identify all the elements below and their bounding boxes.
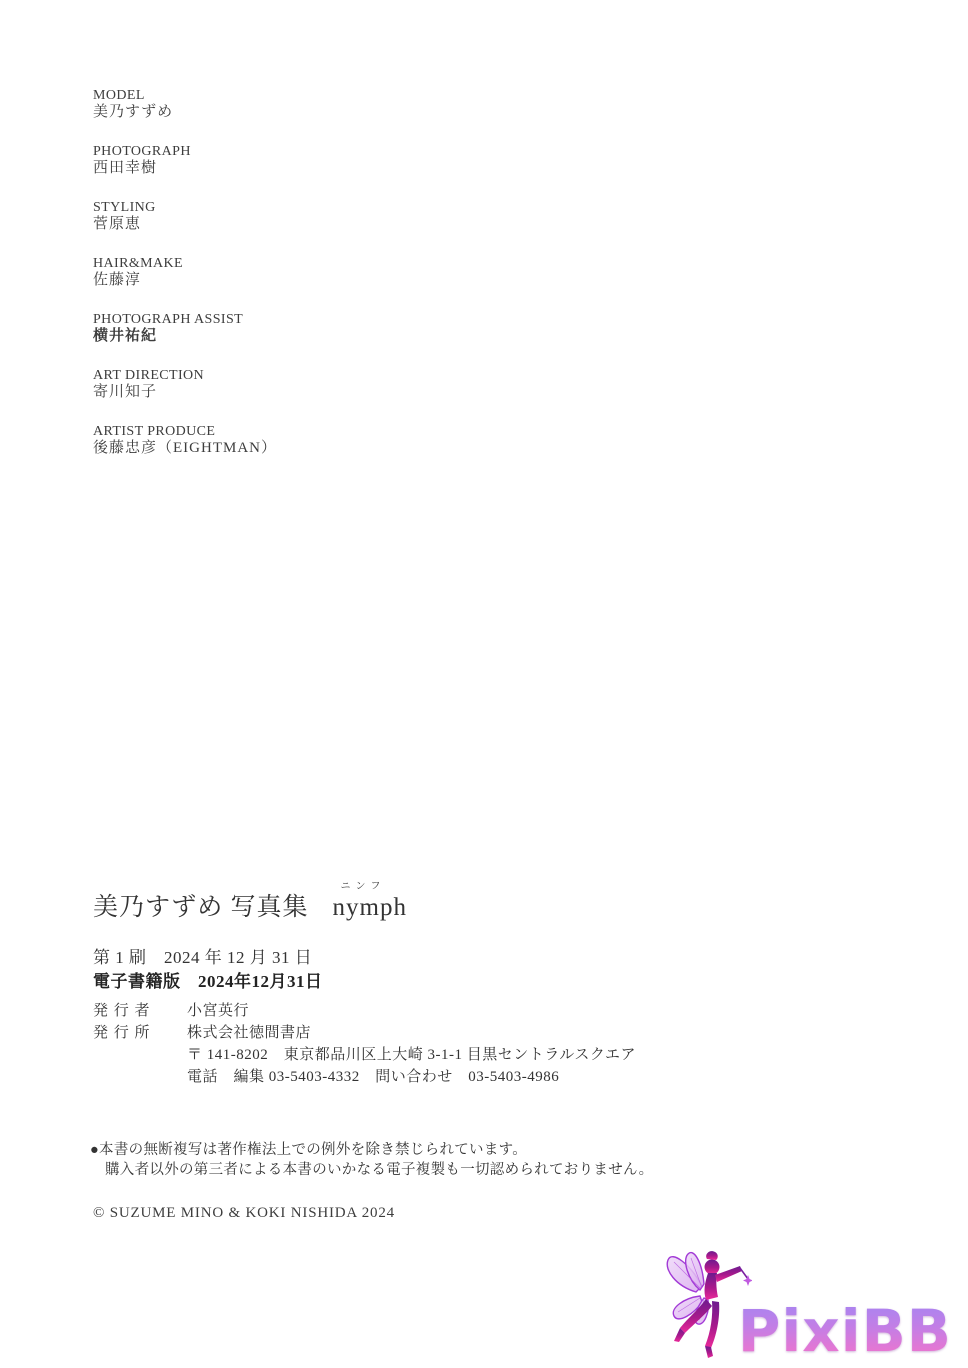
book-title: 美乃すずめ 写真集ニンフnymph (93, 893, 407, 923)
publisher-info: 発 行 者 小宮英行 発 行 所 株式会社徳間書店 〒 141-8202 東京都… (93, 1000, 636, 1088)
notice-line: 購入者以外の第三者による本書のいかなる電子複製も一切認められておりません。 (90, 1160, 653, 1180)
copyright-line: © SUZUME MINO & KOKI NISHIDA 2024 (93, 1205, 395, 1222)
publishing-house-name: 株式会社徳間書店 (187, 1022, 311, 1044)
publishing-house-row: 発 行 所 株式会社徳間書店 (93, 1022, 636, 1044)
colophon-block: 美乃すずめ 写真集ニンフnymph 第 1 刷 2024 年 12 月 31 日… (0, 0, 968, 1368)
colophon-page: MODEL 美乃すずめ PHOTOGRAPH 西田幸樹 STYLING 菅原恵 … (0, 0, 968, 1368)
edition-info: 第 1 刷 2024 年 12 月 31 日 電子書籍版 2024年12月31日 (93, 947, 323, 993)
publisher-label: 発 行 者 (93, 1000, 187, 1022)
notice-line: ●本書の無断複写は著作権法上での例外を除き禁じられています。 (90, 1140, 653, 1160)
ebook-edition-date: 電子書籍版 2024年12月31日 (93, 971, 323, 993)
pixibb-logo-text: PixiBB (738, 1300, 952, 1362)
publishing-house-label: 発 行 所 (93, 1022, 187, 1044)
book-title-sub-wrap: ニンフnymph (333, 893, 407, 923)
publisher-address: 〒 141-8202 東京都品川区上大崎 3-1-1 目黒セントラルスクエア (93, 1044, 636, 1066)
book-title-sub: nymph (333, 894, 407, 921)
copyright-notice: ●本書の無断複写は著作権法上での例外を除き禁じられています。 購入者以外の第三者… (90, 1140, 653, 1180)
publisher-row: 発 行 者 小宮英行 (93, 1000, 636, 1022)
first-print-date: 第 1 刷 2024 年 12 月 31 日 (93, 947, 323, 969)
pixibb-watermark: PixiBB (660, 1246, 952, 1362)
book-title-furigana: ニンフ (341, 882, 386, 892)
publisher-name: 小宮英行 (187, 1000, 249, 1022)
publisher-phone: 電話 編集 03-5403-4332 問い合わせ 03-5403-4986 (93, 1066, 636, 1088)
book-title-main: 美乃すずめ 写真集 (93, 894, 309, 921)
